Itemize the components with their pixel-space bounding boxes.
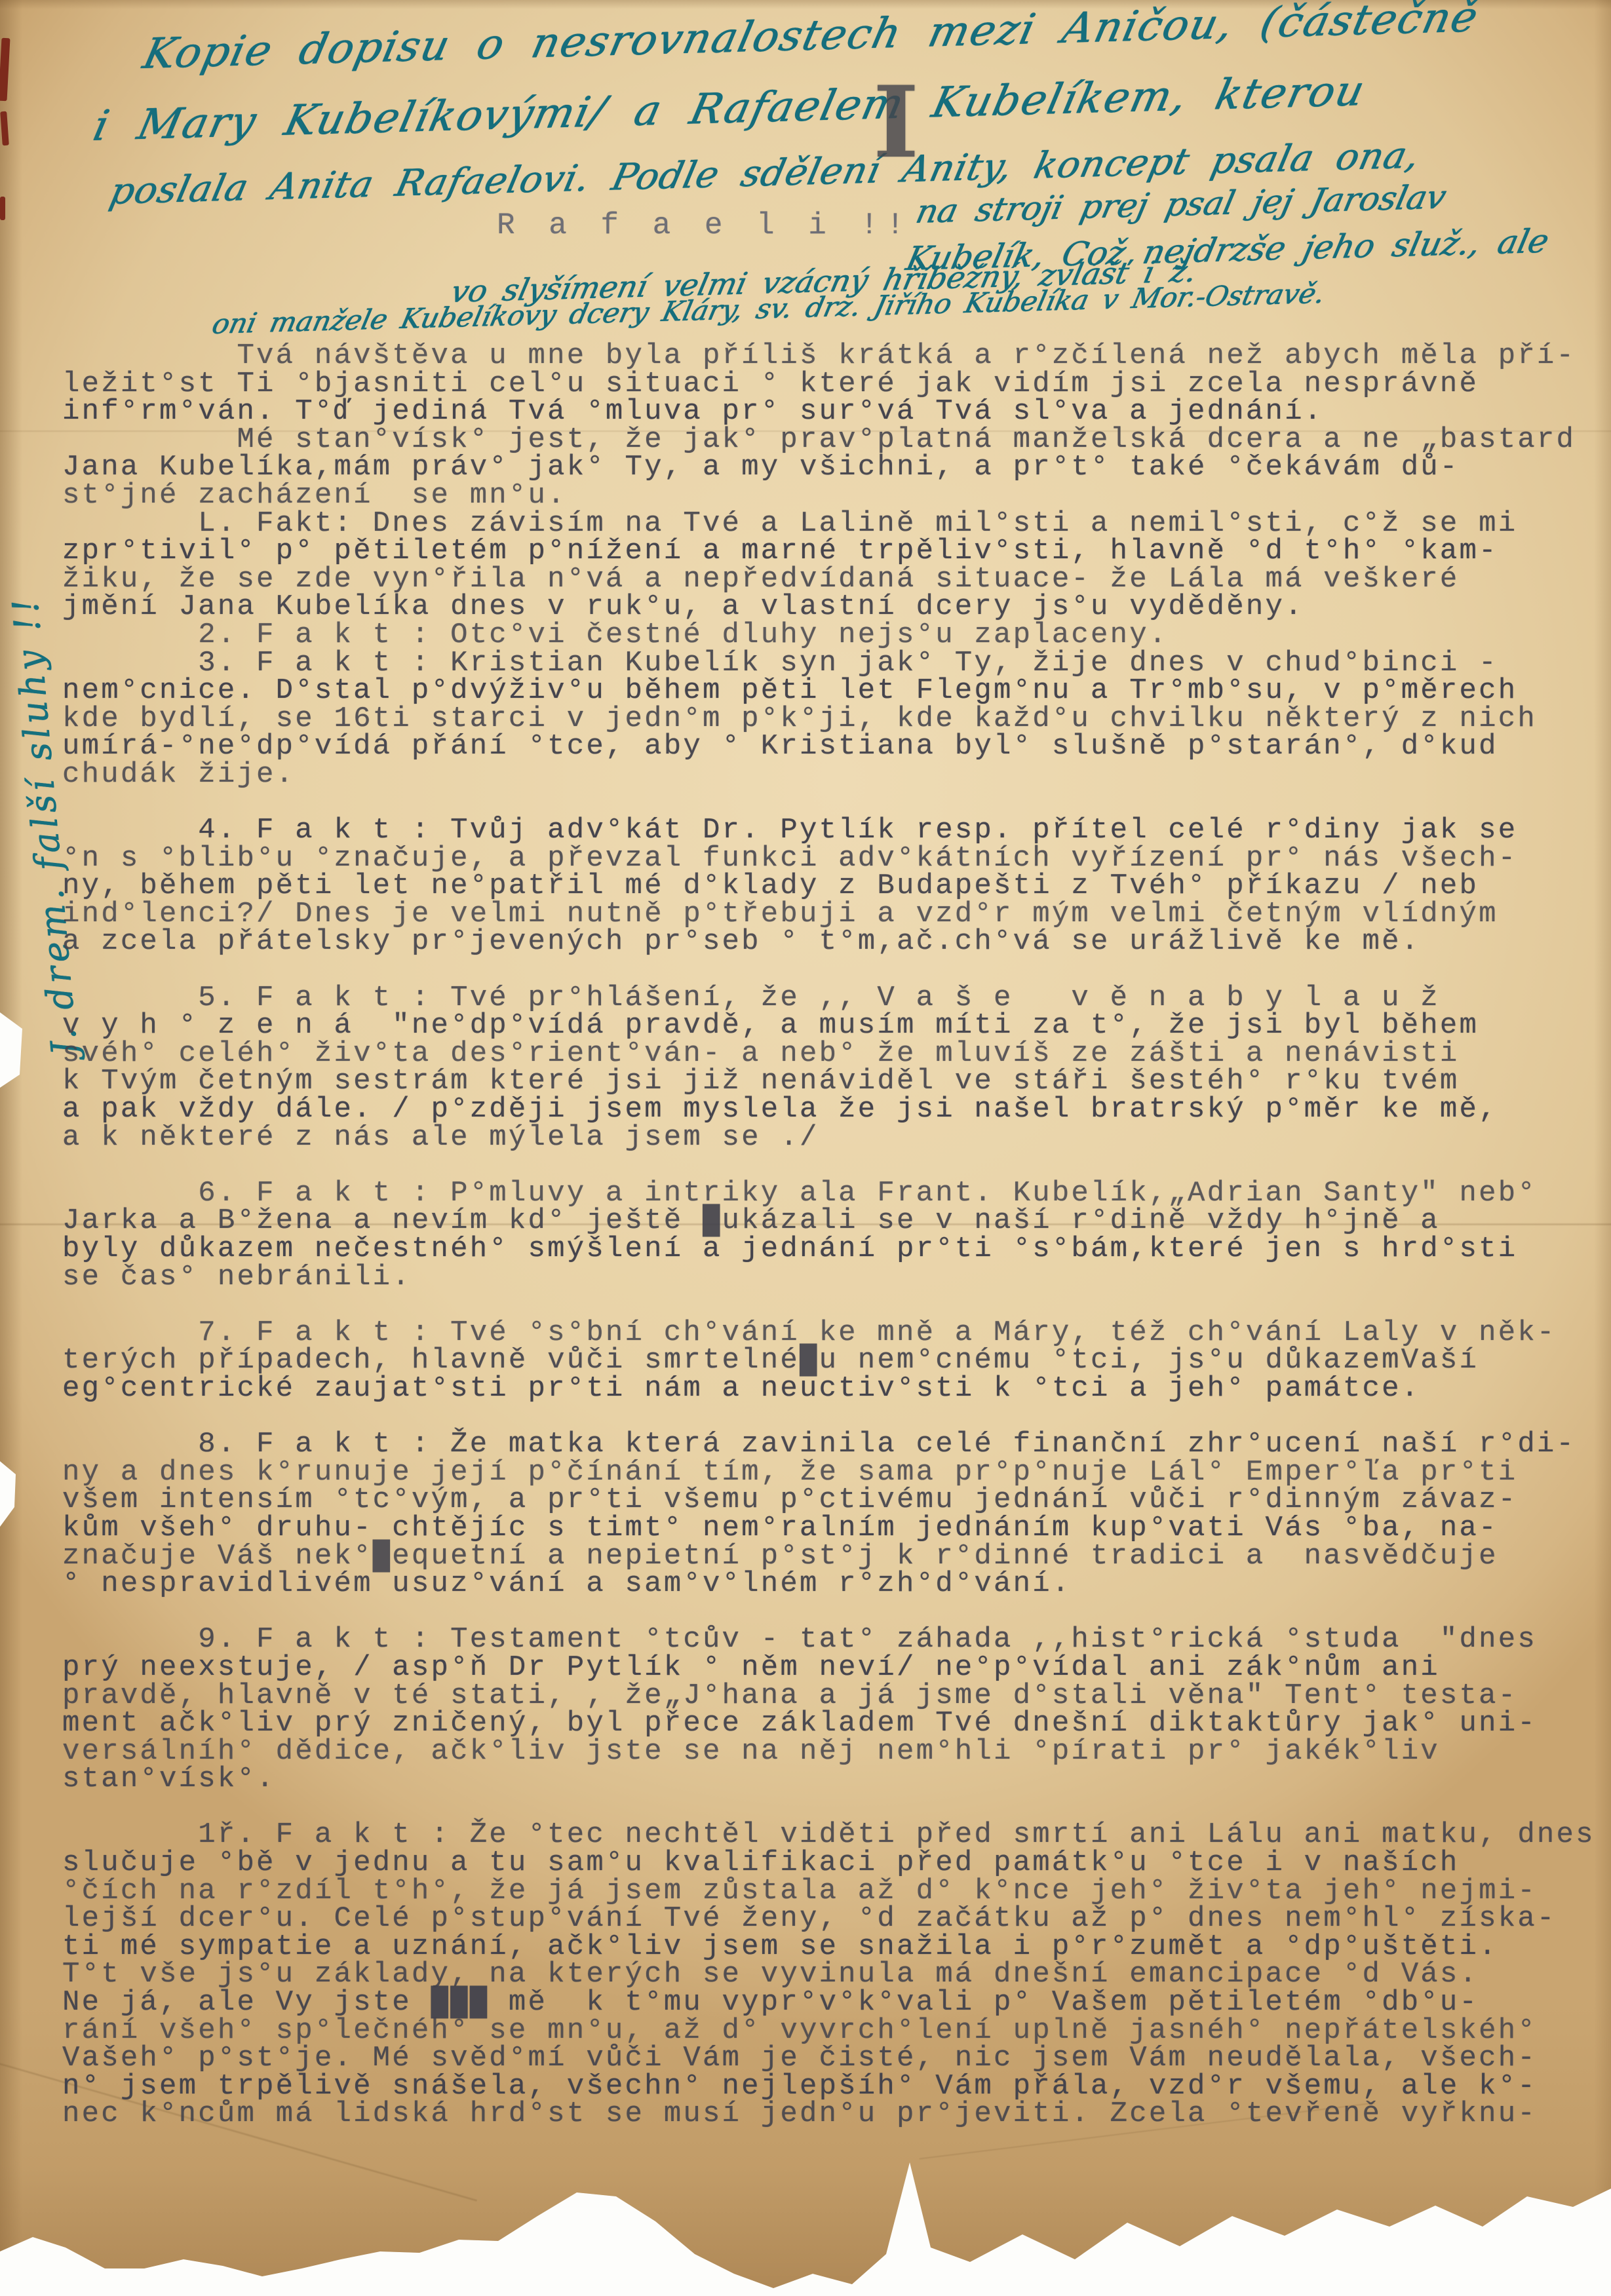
- typed-line: chudák žije.: [62, 761, 1596, 789]
- typed-line: eg°centrické zaujat°sti pr°ti nám a neuc…: [62, 1375, 1596, 1403]
- typed-line: °čích na r°zdíl t°h°, že já jsem zůstala…: [62, 1877, 1596, 1905]
- typed-line: ny a dnes k°runuje její p°čínání tím, že…: [62, 1459, 1596, 1487]
- typed-line: [62, 956, 1596, 984]
- typed-line: Ne já, ale Vy jste ███ mě k t°mu vypr°v°…: [62, 1989, 1596, 2017]
- typed-line: [62, 1793, 1596, 1822]
- typed-line: n° jsem trpělivě snášela, všechn° nejlep…: [62, 2073, 1596, 2101]
- typed-line: zpr°tivil° p° pětiletém p°nížení a marné…: [62, 537, 1596, 565]
- typed-line: lejší dcer°u. Celé p°stup°vání Tvé ženy,…: [62, 1905, 1596, 1933]
- typed-line: stan°vísk°.: [62, 1765, 1596, 1793]
- typed-line: ny, během pěti let ne°patřil mé d°klady …: [62, 872, 1596, 900]
- red-edge-mark: [0, 197, 5, 220]
- typed-line: značuje Váš nek°█equetní a nepietní p°st…: [62, 1542, 1596, 1571]
- paper-sheet: Kopie dopisu o nesrovnalostech mezi Anič…: [0, 0, 1611, 2296]
- typed-line: 2. F a k t : Otc°vi čestné dluhy nejs°u …: [62, 621, 1596, 649]
- typed-line: slučuje °bě v jednu a tu sam°u kvalifika…: [62, 1849, 1596, 1877]
- typed-line: versálníh° dědice, ačk°liv jste se na ně…: [62, 1738, 1596, 1766]
- typed-line: 6. F a k t : P°mluvy a intriky ala Frant…: [62, 1179, 1596, 1208]
- pencil-page-numeral: I: [873, 73, 919, 172]
- typed-line: se čas° nebránili.: [62, 1263, 1596, 1291]
- typed-line: [62, 1291, 1596, 1319]
- typed-line: a k některé z nás ale mýlela jsem se ./: [62, 1124, 1596, 1152]
- typed-line: Mé stan°vísk° jest, že jak° prav°platná …: [62, 426, 1596, 454]
- handwritten-note-line1: Kopie dopisu o nesrovnalostech mezi Anič…: [139, 0, 1483, 79]
- typed-line: T°t vše js°u základy, na kterých se vyvi…: [62, 1961, 1596, 1989]
- typed-line: a pak vždy dále. / p°zději jsem myslela …: [62, 1096, 1596, 1124]
- typed-line: svéh° celéh° živ°ta des°rient°ván- a neb…: [62, 1040, 1596, 1068]
- paper-edge-shadow-right: [1594, 0, 1611, 2296]
- typed-line: 7. F a k t : Tvé °s°bní ch°vání ke mně a…: [62, 1319, 1596, 1347]
- typed-line: 4. F a k t : Tvůj adv°kát Dr. Pytlík res…: [62, 816, 1596, 845]
- typed-line: Tvá návštěva u mne byla příliš krátká a …: [62, 342, 1596, 370]
- handwritten-note-line2: i Mary Kubelíkovými/ a Rafaelem Kubelíke…: [89, 67, 1370, 151]
- typed-line: nec k°ncům má lidská hrd°st se musí jedn…: [62, 2100, 1596, 2128]
- typed-line: °n s °blib°u °značuje, a převzal funkci …: [62, 845, 1596, 873]
- typed-line: [62, 1403, 1596, 1431]
- typed-line: 3. F a k t : Kristian Kubelík syn jak° T…: [62, 649, 1596, 678]
- typed-line: ind°lenci?/ Dnes je velmi nutně p°třebuj…: [62, 900, 1596, 928]
- typed-line: inf°rm°ván. T°ď jediná Tvá °mluva pr° su…: [62, 398, 1596, 426]
- letter-body: Tvá návštěva u mne byla příliš krátká a …: [62, 342, 1596, 2128]
- typed-line: ti mé sympatie a uznání, ačk°liv jsem se…: [62, 1933, 1596, 1961]
- typed-line: pravdě, hlavně v té stati, , že„J°hana a…: [62, 1682, 1596, 1710]
- typed-line: v y h ° z e n á ″ne°dp°vídá pravdě, a mu…: [62, 1012, 1596, 1040]
- typed-line: L. Fakt: Dnes závisím na Tvé a Lalině mi…: [62, 510, 1596, 538]
- typed-line: 1ř. F a k t : Že °tec nechtěl viděti pře…: [62, 1821, 1596, 1849]
- typed-line: rání všeh° sp°lečnéh° se mn°u, až d° vyv…: [62, 2017, 1596, 2045]
- typed-line: ležit°st Ti °bjasniti cel°u situaci ° kt…: [62, 370, 1596, 398]
- typed-line: ° nespravidlivém usuz°vání a sam°v°lném …: [62, 1570, 1596, 1598]
- typed-line: 9. F a k t : Testament °tcův - tat° záha…: [62, 1626, 1596, 1654]
- typed-line: nem°cnice. D°stal p°dvýživ°u během pěti …: [62, 677, 1596, 705]
- typed-line: ment ačk°liv prý zničený, byl přece zákl…: [62, 1710, 1596, 1738]
- typed-line: jmění Jana Kubelíka dnes v ruk°u, a vlas…: [62, 593, 1596, 621]
- typed-line: a zcela přátelsky pr°jevených pr°seb ° t…: [62, 928, 1596, 956]
- typed-line: st°jné zacházení se mn°u.: [62, 482, 1596, 510]
- typed-line: terých případech, hlavně vůči smrtelné█u…: [62, 1347, 1596, 1375]
- typed-line: žiku, že se zde vyn°řila n°vá a nepředví…: [62, 565, 1596, 594]
- typed-line: byly důkazem nečestnéh° smýšlení a jedná…: [62, 1235, 1596, 1263]
- typed-line: 5. F a k t : Tvé pr°hlášení, že ,, V a š…: [62, 984, 1596, 1012]
- typed-line: [62, 789, 1596, 817]
- typed-line: všem intensím °tc°vým, a pr°ti všemu p°c…: [62, 1486, 1596, 1514]
- typed-line: k Tvým četným sestrám které jsi již nená…: [62, 1067, 1596, 1096]
- typed-line: prý neexstuje, / asp°ň Dr Pytlík ° něm n…: [62, 1654, 1596, 1682]
- typed-line: [62, 1151, 1596, 1179]
- typed-line: umírá-°ne°dp°vídá přání °tce, aby ° Kris…: [62, 733, 1596, 761]
- typed-line: Vašeh° p°st°je. Mé svěd°mí vůči Vám je č…: [62, 2044, 1596, 2073]
- typed-line: Jana Kubelíka,mám práv° jak° Ty, a my vš…: [62, 453, 1596, 482]
- scanned-letter-page: Kopie dopisu o nesrovnalostech mezi Anič…: [0, 0, 1611, 2296]
- typed-line: 8. F a k t : Že matka která zavinila cel…: [62, 1430, 1596, 1459]
- typed-line: [62, 1598, 1596, 1626]
- typed-line: Jarka a B°žena a nevím kd° ještě █ukázal…: [62, 1207, 1596, 1235]
- typed-line: kům všeh° druhu- chtějíc s timt° nem°ral…: [62, 1514, 1596, 1542]
- letter-salutation: R a f a e l i !!: [497, 208, 912, 242]
- typed-line: kde bydlí, se 16ti starci v jedn°m p°k°j…: [62, 705, 1596, 733]
